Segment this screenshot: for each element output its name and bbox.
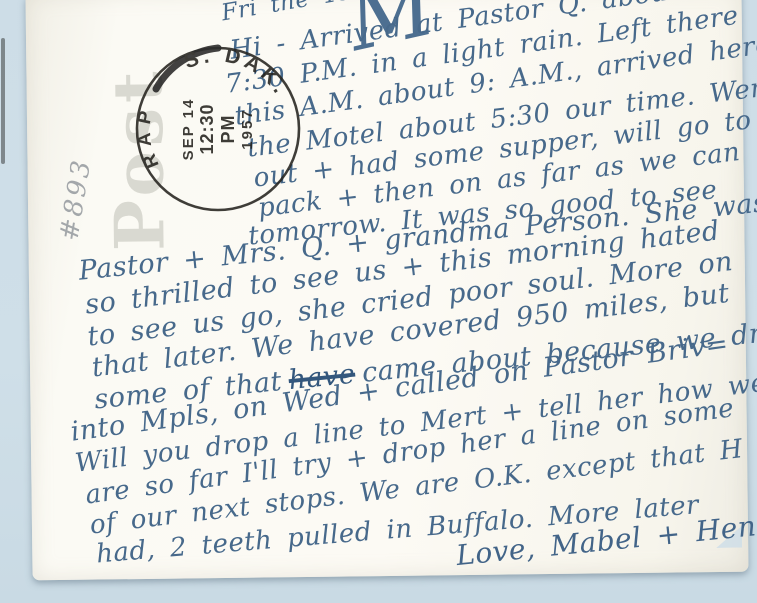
postmark-stamp: RAP S. DAK. SEP 14 12:30 PM 1957 [133, 44, 303, 214]
postmark-date-block: SEP 14 12:30 PM 1957 [180, 87, 256, 172]
pencil-inventory-number: #893 [54, 156, 97, 243]
scan-edge-shadow [1, 38, 5, 164]
postmark-year: 1957 [239, 87, 256, 172]
postmark-town-arc: RAP [133, 102, 163, 171]
postmark-time: 12:30 PM [197, 87, 238, 172]
postmark-date: SEP 14 [180, 87, 197, 172]
postcard-scan: Post #893 Fri the 13th M Hi - Arrived at… [0, 0, 757, 603]
